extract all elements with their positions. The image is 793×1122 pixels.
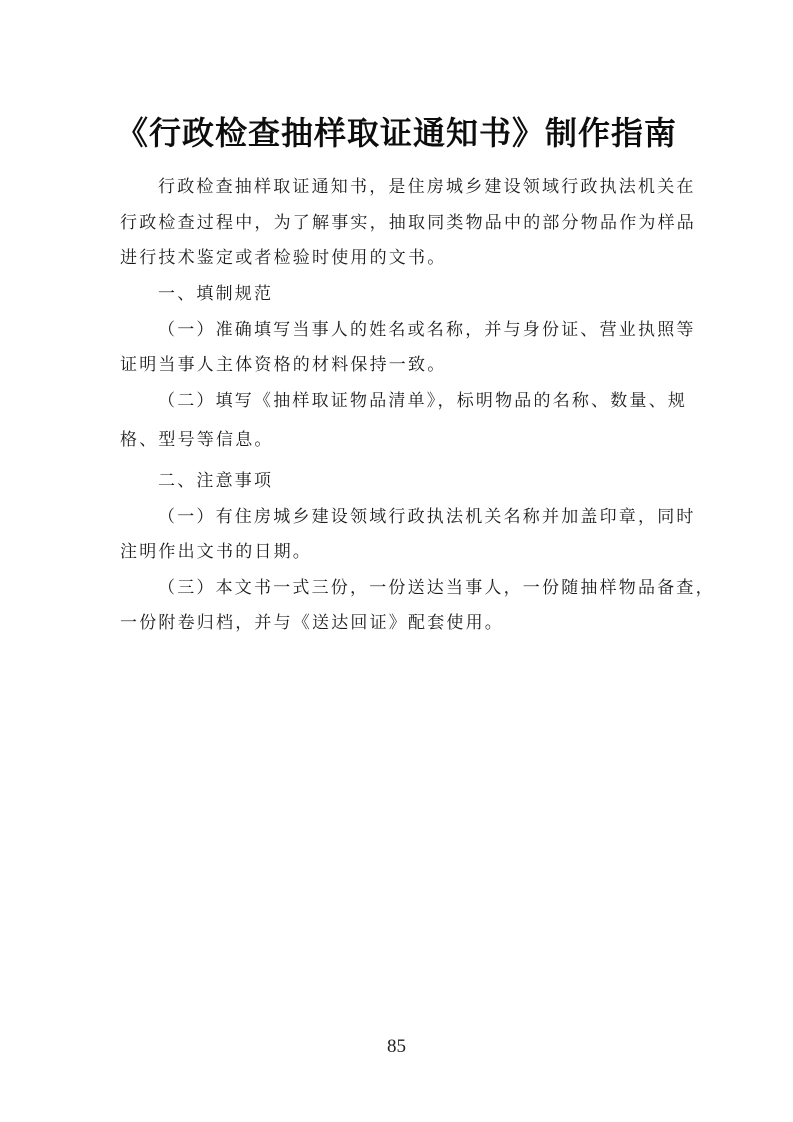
section1-item1-line-1: （一）准确填写当事人的姓名或名称，并与身份证、营业执照等	[158, 315, 696, 340]
intro-line-1: 行政检查抽样取证通知书，是住房城乡建设领域行政执法机关在	[158, 172, 696, 197]
intro-line-2: 行政检查过程中，为了解事实，抽取同类物品中的部分物品作为样品	[120, 208, 696, 233]
section1-item1-line-2: 证明当事人主体资格的材料保持一致。	[120, 350, 446, 375]
intro-line-3: 进行技术鉴定或者检验时使用的文书。	[120, 243, 446, 268]
section2-item1-line-2: 注明作出文书的日期。	[120, 537, 312, 562]
section-heading-fill-rules: 一、填制规范	[158, 279, 273, 304]
section1-item2-line-1: （二）填写《抽样取证物品清单》，标明物品的名称、数量、规	[158, 386, 687, 411]
section1-item2-line-2: 格、型号等信息。	[120, 425, 274, 450]
section2-item3-line-2: 一份附卷归档，并与《送达回证》配套使用。	[120, 608, 504, 633]
section-heading-notes: 二、注意事项	[158, 466, 273, 491]
section2-item3-line-1: （三）本文书一式三份，一份送达当事人，一份随抽样物品备查，	[158, 573, 715, 598]
document-page: 《行政检查抽样取证通知书》制作指南 行政检查抽样取证通知书，是住房城乡建设领域行…	[0, 0, 793, 1122]
section2-item1-line-1: （一）有住房城乡建设领域行政执法机关名称并加盖印章，同时	[158, 502, 696, 527]
page-number: 85	[0, 1036, 793, 1058]
document-title: 《行政检查抽样取证通知书》制作指南	[0, 108, 793, 154]
